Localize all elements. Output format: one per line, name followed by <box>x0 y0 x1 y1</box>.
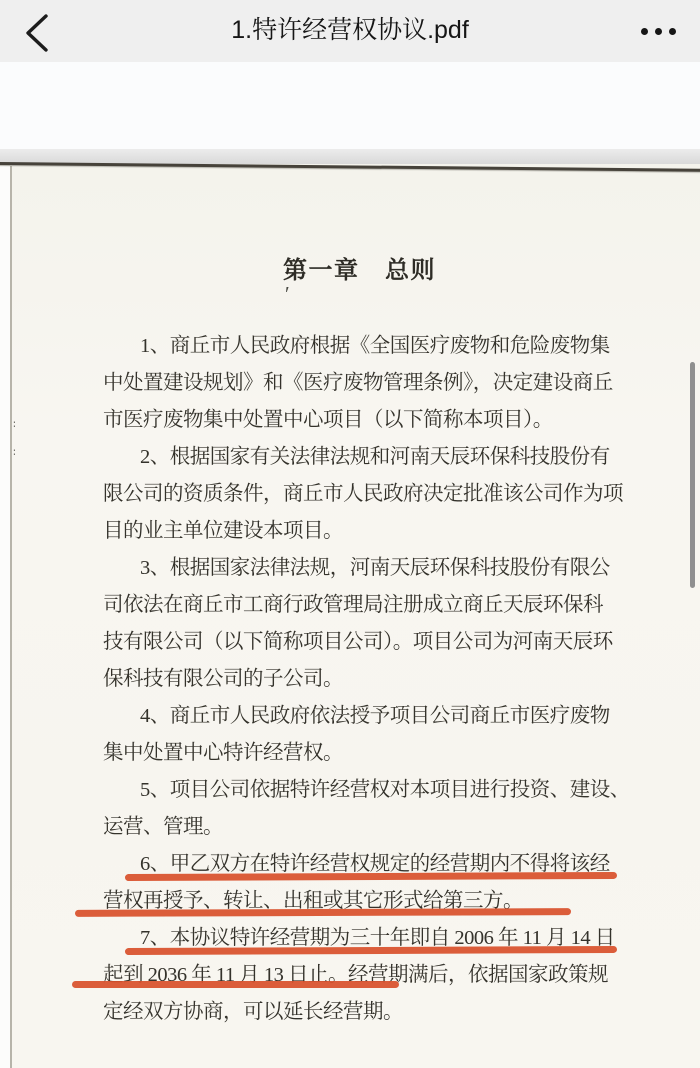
chapter-heading: 第一章 总则 <box>283 250 436 285</box>
document-line: 限公司的资质条件，商丘市人民政府决定批准该公司作为项 <box>103 476 620 513</box>
document-line: 定经双方协商，可以延长经营期。 <box>103 994 620 1031</box>
ellipsis-icon <box>622 28 678 35</box>
document-line: 6、甲乙双方在特许经营权规定的经营期内不得将该经 <box>103 846 620 883</box>
page-top-blank-area <box>0 62 700 149</box>
back-button[interactable] <box>16 6 64 56</box>
document-line-text: 5、项目公司依据特许经营权对本项目进行投资、建设、 <box>140 779 630 801</box>
document-line-text: 限公司的资质条件，商丘市人民政府决定批准该公司作为项 <box>103 483 623 505</box>
document-title: 1.特许经营权协议.pdf <box>90 0 610 62</box>
scanned-document-page: 第一章 总则 ′ ∶ ∶ 1、商丘市人民政府根据《全国医疗废物和危险废物集中处置… <box>0 164 700 1068</box>
navbar: 1.特许经营权协议.pdf <box>0 0 700 62</box>
document-line-text: 运营、管理。 <box>103 816 223 838</box>
document-line-text: 中处置建设规划》和《医疗废物管理条例》，决定建设商丘 <box>103 372 613 394</box>
document-line: 目的业主单位建设本项目。 <box>103 513 620 550</box>
document-line-text: 市医疗废物集中处置中心项目（以下简称本项目）。 <box>103 409 553 431</box>
document-line: 中处置建设规划》和《医疗废物管理条例》，决定建设商丘 <box>103 365 620 402</box>
margin-scan-artifact: ∶ <box>13 418 15 431</box>
document-line-text: 1、商丘市人民政府根据《全国医疗废物和危险废物集 <box>140 335 610 357</box>
document-line-text: 定经双方协商，可以延长经营期。 <box>103 1001 403 1023</box>
document-line: 起到 2036 年 11 月 13 日止。经营期满后，依据国家政策规 <box>103 957 620 994</box>
document-line-text: 4、商丘市人民政府依法授予项目公司商丘市医疗废物 <box>140 705 610 727</box>
chevron-left-icon <box>16 12 64 54</box>
document-lines: 1、商丘市人民政府根据《全国医疗废物和危险废物集中处置建设规划》和《医疗废物管理… <box>103 328 620 1031</box>
document-line: 4、商丘市人民政府依法授予项目公司商丘市医疗废物 <box>103 698 620 735</box>
document-line: 2、根据国家有关法律法规和河南天辰环保科技股份有 <box>103 439 620 476</box>
red-underline-annotation <box>72 981 399 988</box>
document-line: 技有限公司（以下简称项目公司）。项目公司为河南天辰环 <box>103 624 620 661</box>
red-underline-annotation <box>125 946 617 955</box>
document-line: 运营、管理。 <box>103 809 620 846</box>
document-line: 司依法在商丘市工商行政管理局注册成立商丘天辰环保科 <box>103 587 620 624</box>
document-line-text: 2、根据国家有关法律法规和河南天辰环保科技股份有 <box>140 446 610 468</box>
document-line: 集中处置中心特许经营权。 <box>103 735 620 772</box>
red-underline-annotation <box>75 908 571 917</box>
document-line-text: 保科技有限公司的子公司。 <box>103 668 343 690</box>
paper-left-margin <box>0 166 12 1068</box>
document-line: 市医疗废物集中处置中心项目（以下简称本项目）。 <box>103 402 620 439</box>
document-line-text: 目的业主单位建设本项目。 <box>103 520 343 542</box>
stray-pen-mark: ′ <box>285 282 290 307</box>
document-line: 5、项目公司依据特许经营权对本项目进行投资、建设、 <box>103 772 620 809</box>
pdf-viewer-screen: 1.特许经营权协议.pdf 第一章 总则 ′ ∶ ∶ 1、商丘市人民政府根据《全… <box>0 0 700 1068</box>
more-menu-button[interactable] <box>622 16 678 46</box>
document-line: 1、商丘市人民政府根据《全国医疗废物和危险废物集 <box>103 328 620 365</box>
margin-scan-artifact: ∶ <box>13 446 15 459</box>
scrollbar-thumb[interactable] <box>690 362 695 588</box>
document-line-text: 集中处置中心特许经营权。 <box>103 742 343 764</box>
page-edge-shadow <box>0 149 700 164</box>
document-line: 保科技有限公司的子公司。 <box>103 661 620 698</box>
document-line-text: 技有限公司（以下简称项目公司）。项目公司为河南天辰环 <box>103 631 613 653</box>
document-line: 3、根据国家法律法规，河南天辰环保科技股份有限公 <box>103 550 620 587</box>
document-line: 7、本协议特许经营期为三十年即自 2006 年 11 月 14 日 <box>103 920 620 957</box>
red-underline-annotation <box>125 872 617 881</box>
document-line: 营权再授予、转让、出租或其它形式给第三方。 <box>103 883 620 920</box>
document-line-text: 3、根据国家法律法规，河南天辰环保科技股份有限公 <box>140 557 610 579</box>
document-line-text: 司依法在商丘市工商行政管理局注册成立商丘天辰环保科 <box>103 594 603 616</box>
